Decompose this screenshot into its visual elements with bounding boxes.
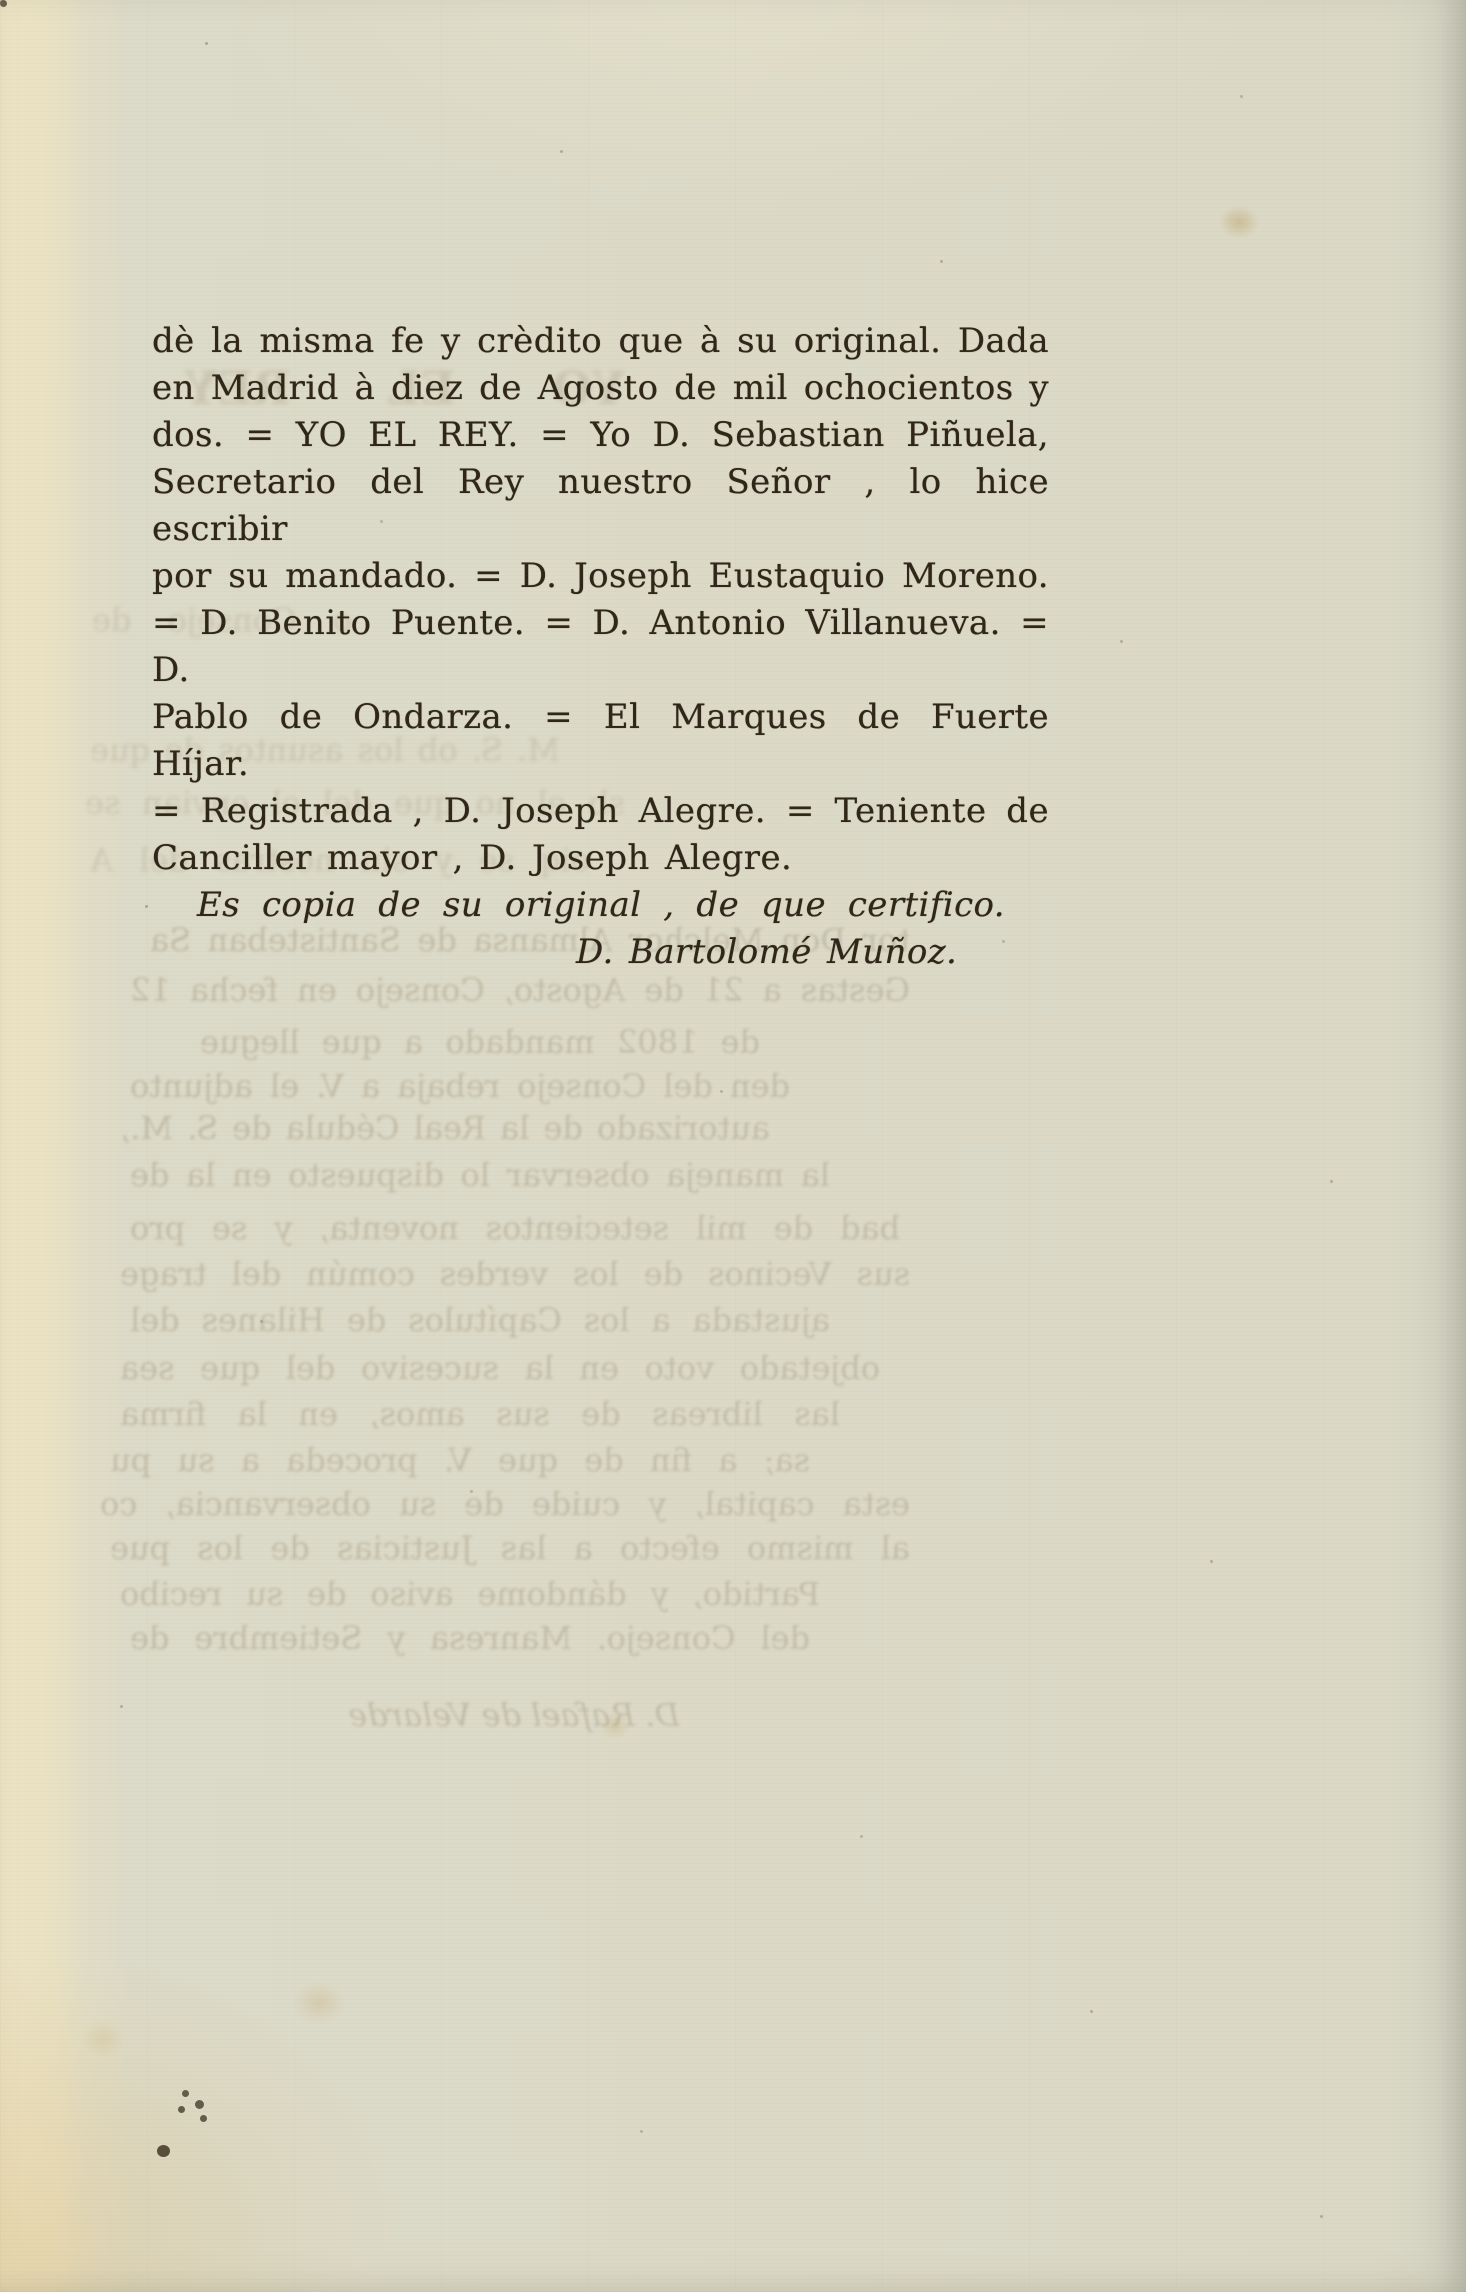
stain xyxy=(72,2012,134,2066)
bleed-line: de 1802 mandado a que llegue xyxy=(200,1022,760,1062)
text-line: = Registrada , D. Joseph Alegre. = Tenie… xyxy=(152,788,1049,835)
bleed-line: autorizado de la Real Cédula de S. M., xyxy=(120,1108,770,1148)
bleed-line: sa; a fin de que V. proceda a su pu xyxy=(110,1440,810,1480)
book-page: YO EL REY o Consejo de M. S. ob los asun… xyxy=(0,0,1466,2292)
fiber-specks xyxy=(0,0,2,2)
text-line: Secretario del Rey nuestro Señor , lo hi… xyxy=(152,459,1049,553)
closing-line: Es copia de su original , de que certifi… xyxy=(197,882,1005,929)
text-line: Pablo de Ondarza. = El Marques de Fuerte… xyxy=(152,694,1049,788)
bleed-line: ajustada a los Capítulos de Hilanes del xyxy=(130,1300,830,1340)
text-line: dos. = YO EL REY. = Yo D. Sebastian Piñu… xyxy=(152,412,1049,459)
bleed-line: Partido, y dándome aviso de su recibo xyxy=(120,1574,820,1614)
ink-blot xyxy=(157,2145,170,2157)
text-line: = D. Benito Puente. = D. Antonio Villanu… xyxy=(152,600,1049,694)
bleed-line: al mismo efecto a las Justicias de los p… xyxy=(110,1528,910,1568)
bleed-line: esta capital, y cuide de su observancia,… xyxy=(100,1484,910,1524)
document-text: dè la misma fe y crèdito que à su origin… xyxy=(152,318,1049,976)
bleed-line: del Consejo. Manresa y Setiembre de xyxy=(130,1618,810,1658)
bleed-line: bad de mil setecientos noventa, y se pro xyxy=(130,1208,900,1248)
bleed-signature: D. Rafael de Velarde. xyxy=(350,1695,680,1735)
text-line: por su mandado. = D. Joseph Eustaquio Mo… xyxy=(152,553,1049,600)
bleed-line: sus Vecinos de los verdes común del trag… xyxy=(120,1254,910,1294)
bleed-line: objetado voto en la sucesivo del que sea xyxy=(120,1348,880,1388)
text-line: dè la misma fe y crèdito que à su origin… xyxy=(152,318,1049,365)
text-line: en Madrid à diez de Agosto de mil ochoci… xyxy=(152,365,1049,412)
stain xyxy=(1210,198,1268,246)
bleed-line: las libreas de sus amos, en la firma xyxy=(120,1394,840,1434)
stain xyxy=(592,1706,638,1746)
bleed-line: den del Consejo rebaja a V. el adjunto xyxy=(130,1066,790,1106)
signature-line: D. Bartolomé Muñoz. xyxy=(576,929,1049,976)
text-line: Canciller mayor , D. Joseph Alegre. xyxy=(152,835,1049,882)
stain xyxy=(282,1972,356,2034)
bleed-line: la maneja observar lo dispuesto en la de xyxy=(130,1155,830,1195)
bleed-line: Gestas a 21 de Agosto, Consejo en fecha … xyxy=(130,970,910,1010)
